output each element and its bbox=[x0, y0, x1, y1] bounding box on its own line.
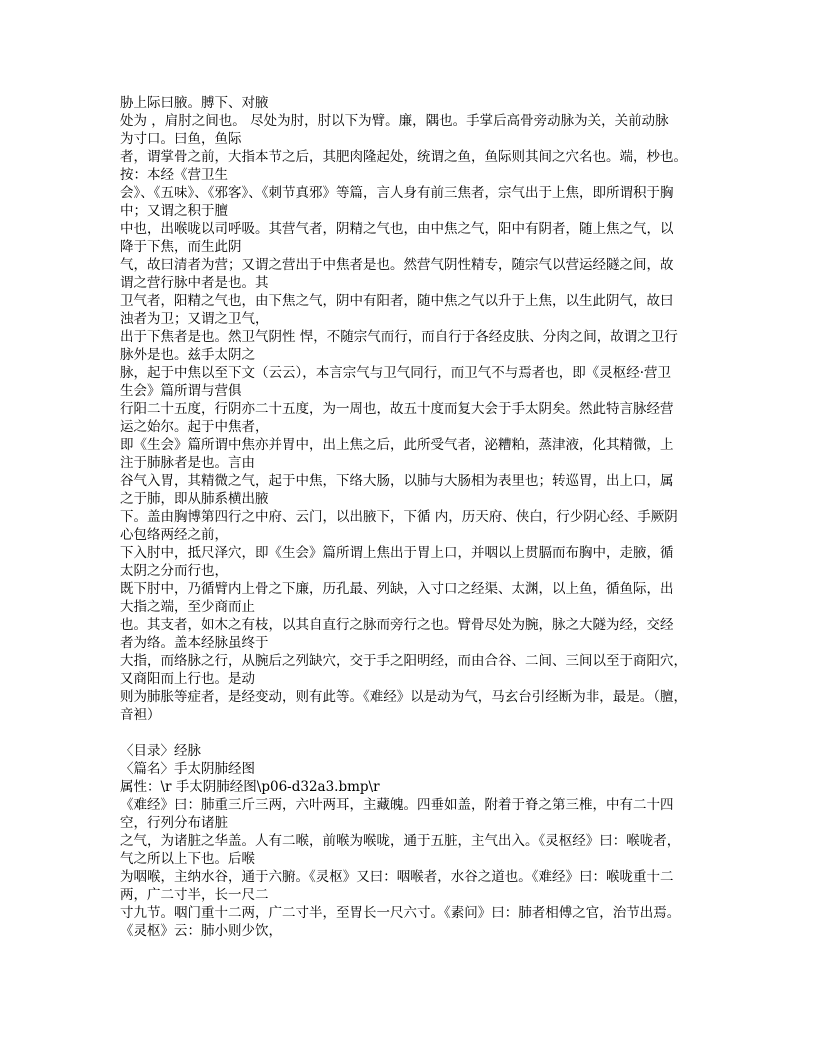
text-line: 者，谓掌骨之前，大指本节之后，其肥肉隆起处，统谓之鱼，鱼际则其间之穴名也。端，杪… bbox=[120, 148, 704, 166]
text-line: 为寸口。曰鱼，鱼际 bbox=[120, 130, 704, 148]
text-line: 《灵枢》云：肺小则少饮， bbox=[120, 922, 704, 940]
text-line: 注于肺脉者是也。言由 bbox=[120, 454, 704, 472]
text-line bbox=[120, 724, 704, 742]
text-line: 〈目录〉经脉 bbox=[120, 742, 704, 760]
text-line: 行阳二十五度，行阴亦二十五度，为一周也，故五十度而复大会于手太阴矣。然此特言脉经… bbox=[120, 400, 704, 418]
text-line: 下。盖由胸博第四行之中府、云门，以出腋下，下循 内，历天府、侠白，行少阴心经、手… bbox=[120, 508, 704, 526]
text-line: 处为 ，肩肘之间也。 尽处为肘，肘以下为臂。廉，隅也。手掌后高骨旁动脉为关，关前… bbox=[120, 112, 704, 130]
text-line: 心包络两经之前， bbox=[120, 526, 704, 544]
text-line: 两，广二寸半，长一尺二 bbox=[120, 886, 704, 904]
text-line: 又商阳而上行也。是动 bbox=[120, 670, 704, 688]
text-line: 之于肺，即从肺系横出腋 bbox=[120, 490, 704, 508]
document-body: 胁上际曰腋。膊下、对腋处为 ，肩肘之间也。 尽处为肘，肘以下为臂。廉，隅也。手掌… bbox=[120, 94, 704, 940]
text-line: 既下肘中，乃循臂内上骨之下廉，历孔最、列缺，入寸口之经渠、太渊，以上鱼，循鱼际，… bbox=[120, 580, 704, 598]
text-line: 《难经》曰：肺重三斤三两，六叶两耳，主藏魄。四垂如盖，附着于脊之第三椎，中有二十… bbox=[120, 796, 704, 814]
text-line: 空，行列分布诸脏 bbox=[120, 814, 704, 832]
text-line: 胁上际曰腋。膊下、对腋 bbox=[120, 94, 704, 112]
text-line: 卫气者，阳精之气也，由下焦之气，阴中有阳者，随中焦之气以升于上焦，以生此阴气，故… bbox=[120, 292, 704, 310]
text-line: 音袒） bbox=[120, 706, 704, 724]
text-line: 为咽喉，主纳水谷，通于六腑。《灵枢》又曰：咽喉者，水谷之道也。《难经》曰：喉咙重… bbox=[120, 868, 704, 886]
text-line: 太阴之分而行也， bbox=[120, 562, 704, 580]
text-line: 则为肺胀等症者，是经变动，则有此等。《难经》以是动为气，马玄台引经断为非，最是。… bbox=[120, 688, 704, 706]
text-line: 生会》篇所谓与营俱 bbox=[120, 382, 704, 400]
text-line: 谷气入胃，其精微之气，起于中焦，下络大肠，以肺与大肠相为表里也；转巡胃，出上口，… bbox=[120, 472, 704, 490]
text-line: 按：本经《营卫生 bbox=[120, 166, 704, 184]
text-line: 之气，为诸脏之华盖。人有二喉，前喉为喉咙，通于五脏，主气出入。《灵枢经》曰：喉咙… bbox=[120, 832, 704, 850]
text-line: 中；又谓之积于膻 bbox=[120, 202, 704, 220]
text-line: 会》、《五味》、《邪客》、《刺节真邪》等篇，言人身有前三焦者，宗气出于上焦，即所… bbox=[120, 184, 704, 202]
text-line: 大指，而络脉之行，从腕后之列缺穴，交于手之阳明经，而由合谷、二间、三间以至于商阳… bbox=[120, 652, 704, 670]
text-line: 下入肘中，抵尺泽穴，即《生会》篇所谓上焦出于胃上口，并咽以上贯膈而布胸中，走腋，… bbox=[120, 544, 704, 562]
text-line: 也。其支者，如木之有枝，以其自直行之脉而旁行之也。臂骨尽处为腕，脉之大隧为经，交… bbox=[120, 616, 704, 634]
text-line: 降于下焦，而生此阴 bbox=[120, 238, 704, 256]
text-line: 脉外是也。兹手太阴之 bbox=[120, 346, 704, 364]
text-line: 出于下焦者是也。然卫气阴性 悍，不随宗气而行，而自行于各经皮肤、分肉之间，故谓之… bbox=[120, 328, 704, 346]
document-page: 胁上际曰腋。膊下、对腋处为 ，肩肘之间也。 尽处为肘，肘以下为臂。廉，隅也。手掌… bbox=[0, 0, 816, 1056]
text-line: 寸九节。咽门重十二两，广二寸半，至胃长一尺六寸。《素问》曰：肺者相傅之官，治节出… bbox=[120, 904, 704, 922]
text-line: 气之所以上下也。后喉 bbox=[120, 850, 704, 868]
text-line: 气，故曰清者为营；又谓之营出于中焦者是也。然营气阴性精专，随宗气以营运经隧之间，… bbox=[120, 256, 704, 274]
text-line: 谓之营行脉中者是也。其 bbox=[120, 274, 704, 292]
text-line: 即《生会》篇所谓中焦亦并胃中，出上焦之后，此所受气者，泌糟粕，蒸津液，化其精微，… bbox=[120, 436, 704, 454]
text-line: 〈篇名〉手太阴肺经图 bbox=[120, 760, 704, 778]
text-line: 脉，起于中焦以至下文（云云），本言宗气与卫气同行，而卫气不与焉者也，即《灵枢经·… bbox=[120, 364, 704, 382]
text-line: 者为络。盖本经脉虽终于 bbox=[120, 634, 704, 652]
text-line: 中也，出喉咙以司呼吸。其营气者，阴精之气也，由中焦之气，阳中有阴者，随上焦之气，… bbox=[120, 220, 704, 238]
text-line: 运之始尔。起于中焦者， bbox=[120, 418, 704, 436]
text-line: 属性：\r 手太阴肺经图\p06-d32a3.bmp\r bbox=[120, 778, 704, 796]
text-line: 浊者为卫；又谓之卫气， bbox=[120, 310, 704, 328]
text-line: 大指之端，至少商而止 bbox=[120, 598, 704, 616]
